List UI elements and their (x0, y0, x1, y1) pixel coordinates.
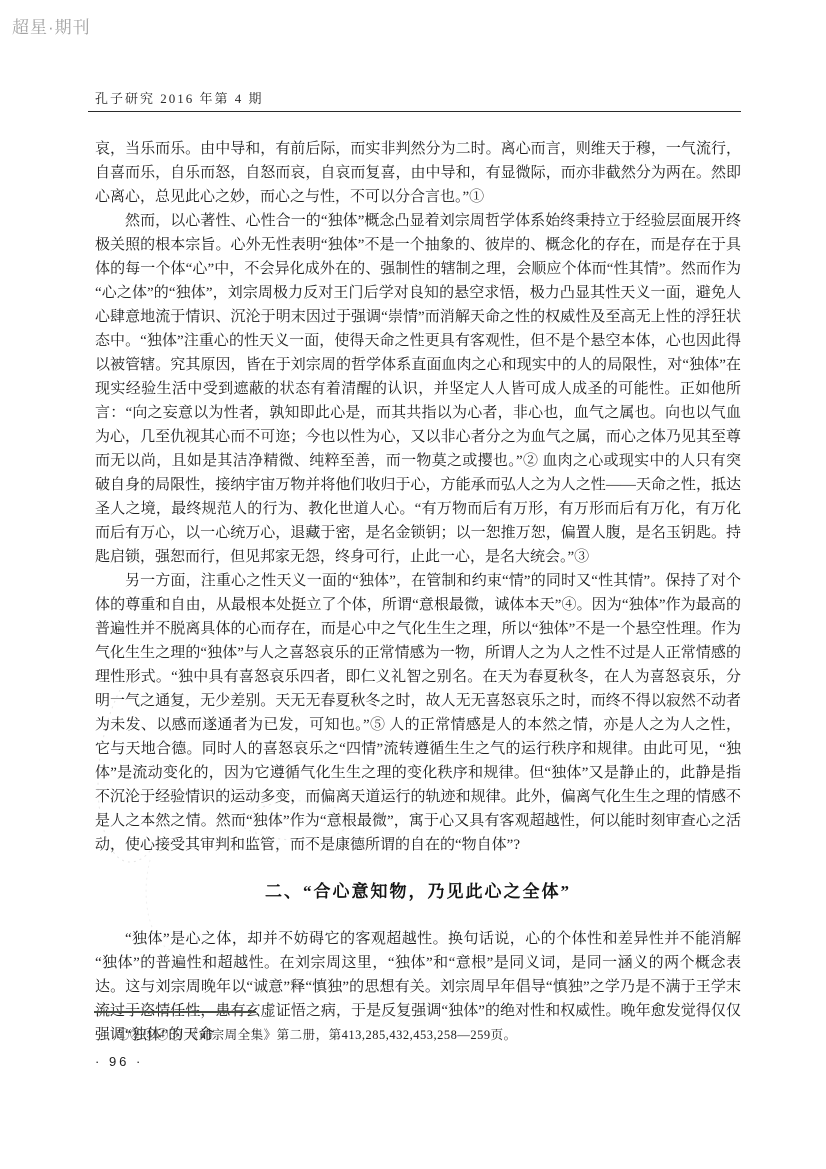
header-divider (88, 111, 741, 112)
body-paragraph: 另一方面，注重心之性天义一面的“独体”，在管制和约束“情”的同时又“性其情”。保… (95, 569, 741, 857)
page-header: 孔子研究 2016 年第 4 期 (95, 88, 741, 115)
article-body: 哀，当乐而乐。由中导和，有前后际，而实非判然分为二时。离心而言，则维天于穆，一气… (95, 137, 741, 1047)
footnote-area: ①②③④⑤ 《刘宗周全集》第二册，第413,285,432,453,258—25… (95, 1011, 741, 1043)
footnote-divider (94, 1011, 256, 1013)
footnote-text: ①②③④⑤ 《刘宗周全集》第二册，第413,285,432,453,258—25… (95, 1025, 741, 1043)
body-paragraph: 哀，当乐而乐。由中导和，有前后际，而实非判然分为二时。离心而言，则维天于穆，一气… (95, 137, 741, 209)
platform-watermark: 超星·期刊 (12, 13, 91, 38)
scanned-journal-page: 超星·期刊 孔子研究 2016 年第 4 期 哀，当乐而乐。由中导和，有前后际，… (0, 0, 826, 1169)
body-paragraph: 然而，以心著性、心性合一的“独体”概念凸显着刘宗周哲学体系始终秉持立于经验层面展… (95, 209, 741, 569)
page-number: · 96 · (95, 1054, 143, 1069)
section-heading: 二、“合心意知物，乃见此心之全体” (95, 877, 741, 902)
